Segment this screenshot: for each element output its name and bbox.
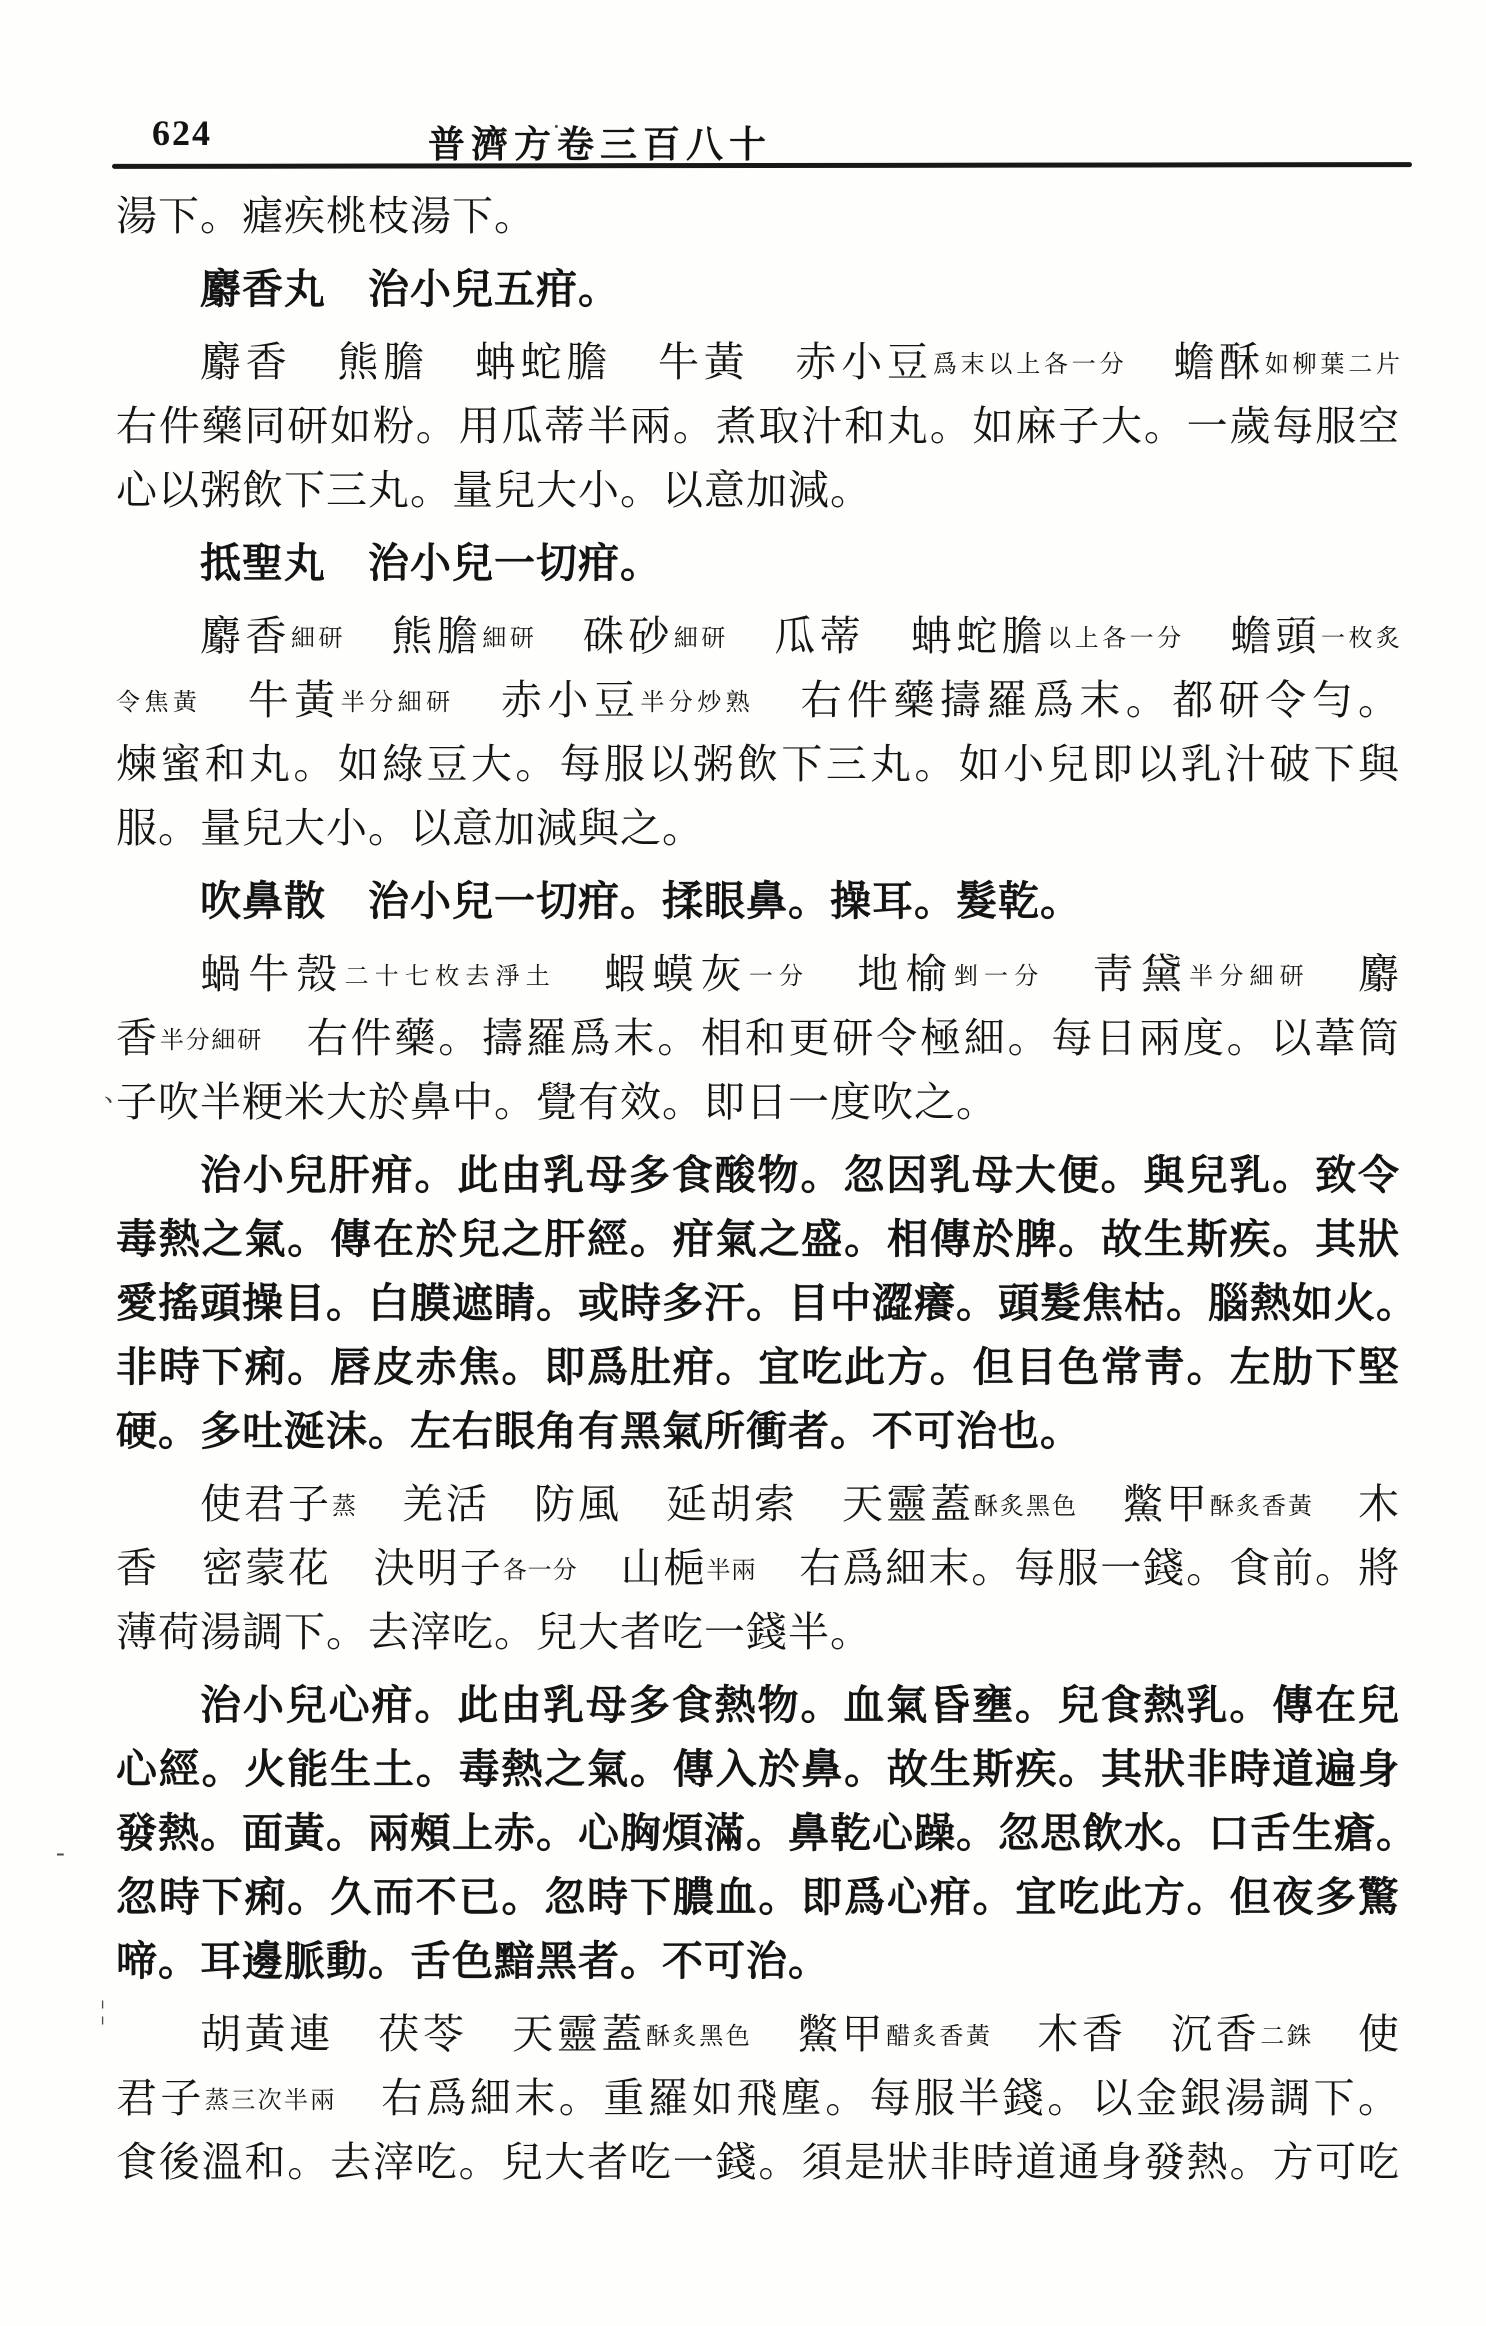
header-rule [112,162,1412,169]
line-dosage-2: 服。量兒大小。以意加減與之。 [116,796,1400,860]
text-segment: 治小兒心疳。此由乳母多食熱物。血氣昏壅。兒食熱乳。傳在兒 [200,1682,1400,1728]
heading-disheng-wan: 抵聖丸 治小兒一切疳。 [116,531,1400,595]
text-segment: 硬。多吐涎沫。左右眼角有黑氣所衝者。不可治也。 [116,1408,1082,1454]
text-segment: 地榆 [809,951,954,997]
text-segment: 麝香丸 治小兒五疳。 [200,266,620,312]
text-segment: 使 [1313,2011,1400,2057]
annotation-segment: 二銖 [1260,2024,1313,2050]
text-segment: 鱉甲 [1078,1481,1210,1527]
text-segment: 右件藥。擣羅爲末。相和更研令極細。每日兩度。以葦筒 [263,1015,1400,1061]
line-preparation-2: 煉蜜和丸。如綠豆大。每服以粥飲下三丸。如小兒即以乳汁破下與 [116,732,1400,796]
text-segment: 山梔 [578,1545,707,1591]
text-segment: 煉蜜和丸。如綠豆大。每服以粥飲下三丸。如小兒即以乳汁破下與 [116,741,1400,787]
annotation-segment: 半分細研 [1189,964,1310,990]
text-segment: 木香 沉香 [993,2011,1261,2057]
para-xingan-1: 治小兒心疳。此由乳母多食熱物。血氣昏壅。兒食熱乳。傳在兒 [116,1673,1400,1737]
line-usage: 子吹半粳米大於鼻中。覺有效。即日一度吹之。 [116,1070,1400,1134]
text-segment: 赤小豆 [455,677,641,723]
annotation-segment: 一枚炙 [1321,626,1400,652]
text-segment: 愛搖頭操目。白膜遮睛。或時多汗。目中澀癢。頭髮焦枯。腦熱如火。 [116,1280,1418,1326]
text-segment: 羌活 防風 延胡索 天靈蓋 [358,1481,974,1527]
annotation-segment: 細研 [482,626,537,652]
ingredients-shijunzi-2: 香 密蒙花 決明子各一分 山梔半兩 右爲細末。每服一錢。食前。將 [116,1536,1400,1600]
line-usage-2: 薄荷湯調下。去滓吃。兒大者吃一錢半。 [116,1600,1400,1664]
text-segment: 服。量兒大小。以意加減與之。 [116,805,704,851]
text-segment: 硃砂 [537,613,673,659]
heading-shexiang-wan: 麝香丸 治小兒五疳。 [116,257,1400,321]
ingredients-huhuanglian: 胡黃連 茯苓 天靈蓋酥炙黑色 鱉甲醋炙香黃 木香 沉香二銖 使 [116,2002,1400,2066]
scan-artifact: 、 [104,1072,130,1109]
text-segment: 心以粥飲下三丸。量兒大小。以意加減。 [116,467,872,513]
text-segment: 麝香 [200,613,291,659]
annotation-segment: 各一分 [503,1558,578,1584]
text-segment: 湯下。瘧疾桃枝湯下。 [116,193,536,239]
text-segment: 非時下痢。唇皮赤焦。即爲肚疳。宜吃此方。但目色常靑。左肋下堅 [116,1344,1400,1390]
annotation-segment: 半分細研 [160,1028,263,1054]
scan-artifact: · [552,112,561,142]
text-segment: 麝香 熊膽 蚺蛇膽 牛黃 赤小豆 [200,339,933,385]
para-gangan-4: 非時下痢。唇皮赤焦。即爲肚疳。宜吃此方。但目色常靑。左肋下堅 [116,1335,1400,1399]
text-segment: 香 [116,1015,160,1061]
ingredients-shijunzi: 使君子蒸 羌活 防風 延胡索 天靈蓋酥炙黑色 鱉甲酥炙香黃 木 [116,1472,1400,1536]
annotation-segment: 酥炙黑色 [646,2024,752,2050]
text-segment: 蟾頭 [1185,613,1321,659]
text-segment: 發熱。面黃。兩頰上赤。心胸煩滿。鼻乾心躁。忽思飲水。口舌生瘡。 [116,1810,1418,1856]
para-xingan-2: 心經。火能生土。毒熱之氣。傳入於鼻。故生斯疾。其狀非時道遍身 [116,1737,1400,1801]
ingredients-huhuanglian-2: 君子蒸三次半兩 右爲細末。重羅如飛塵。每服半錢。以金銀湯調下。 [116,2066,1400,2130]
para-xingan-5: 啼。耳邊脈動。舌色黯黑者。不可治。 [116,1929,1400,1993]
text-segment: 蝸牛殼 [200,951,345,997]
text-segment: 毒熱之氣。傳在於兒之肝經。疳氣之盛。相傳於脾。故生斯疾。其狀 [116,1216,1400,1262]
text-segment: 右爲細末。每服一錢。食前。將 [756,1545,1400,1591]
text-segment: 君子 [116,2075,205,2121]
text-segment: 靑黛 [1044,951,1189,997]
scanned-page: 624 普濟方卷三百八十 湯下。瘧疾桃枝湯下。麝香丸 治小兒五疳。麝香 熊膽 蚺… [0,0,1486,2326]
para-xingan-3: 發熱。面黃。兩頰上赤。心胸煩滿。鼻乾心躁。忽思飲水。口舌生瘡。 [116,1801,1400,1865]
annotation-segment: 酥炙香黃 [1210,1494,1314,1520]
text-segment: 心經。火能生土。毒熱之氣。傳入於鼻。故生斯疾。其狀非時道遍身 [116,1746,1400,1792]
annotation-segment: 細研 [674,626,729,652]
text-segment: 右爲細末。重羅如飛塵。每服半錢。以金銀湯調下。 [337,2075,1400,2121]
ingredients-chuibi-san: 蝸牛殼二十七枚去淨土 蝦蟆灰一分 地榆剉一分 靑黛半分細研 麝 [116,942,1400,1006]
ingredients-disheng-wan: 麝香細研 熊膽細研 硃砂細研 瓜蒂 蚺蛇膽以上各一分 蟾頭一枚炙 [116,604,1400,668]
line-usage-3: 食後溫和。去滓吃。兒大者吃一錢。須是狀非時道通身發熱。方可吃 [116,2130,1400,2194]
scan-artifact: ‐ [56,1838,65,1868]
text-segment: 胡黃連 茯苓 天靈蓋 [200,2011,646,2057]
annotation-segment: 半兩 [707,1558,757,1584]
text-segment: 右件藥同研如粉。用瓜蒂半兩。煮取汁和丸。如麻子大。一歲每服空 [116,403,1400,449]
annotation-segment: 爲末以上各一分 [933,352,1128,378]
scan-artifact: ¦ [100,1996,105,2026]
annotation-segment: 令焦黃 [116,690,201,716]
text-segment: 食後溫和。去滓吃。兒大者吃一錢。須是狀非時道通身發熱。方可吃 [116,2139,1400,2185]
annotation-segment: 半分細研 [341,690,455,716]
ingredients-disheng-wan-2: 令焦黃 牛黃半分細研 赤小豆半分炒熟 右件藥擣羅爲末。都研令勻。 [116,668,1400,732]
ingredients-chuibi-san-2: 香半分細研 右件藥。擣羅爲末。相和更研令極細。每日兩度。以葦筒 [116,1006,1400,1070]
text-segment: 木 [1314,1481,1400,1527]
text-segment: 治小兒肝疳。此由乳母多食酸物。忽因乳母大便。與兒乳。致令 [200,1152,1400,1198]
annotation-segment: 剉一分 [954,964,1045,990]
para-gangan-2: 毒熱之氣。傳在於兒之肝經。疳氣之盛。相傳於脾。故生斯疾。其狀 [116,1207,1400,1271]
annotation-segment: 以上各一分 [1047,626,1184,652]
text-segment: 鱉甲 [752,2011,886,2057]
text-segment: 抵聖丸 治小兒一切疳。 [200,540,662,586]
page-header: 624 普濟方卷三百八十 [0,112,1486,156]
text-segment: 使君子 [200,1481,332,1527]
heading-chuibi-san: 吹鼻散 治小兒一切疳。揉眼鼻。操耳。髮乾。 [116,869,1400,933]
annotation-segment: 一分 [749,964,809,990]
text-segment: 熊膽 [346,613,482,659]
annotation-segment: 酥炙黑色 [974,1494,1078,1520]
para-gangan-3: 愛搖頭操目。白膜遮睛。或時多汗。目中澀癢。頭髮焦枯。腦熱如火。 [116,1271,1400,1335]
text-segment: 牛黃 [201,677,340,723]
annotation-segment: 細研 [291,626,346,652]
text-segment: 啼。耳邊脈動。舌色黯黑者。不可治。 [116,1938,830,1984]
text-segment: 子吹半粳米大於鼻中。覺有效。即日一度吹之。 [116,1079,998,1125]
line-preparation: 右件藥同研如粉。用瓜蒂半兩。煮取汁和丸。如麻子大。一歲每服空 [116,394,1400,458]
line-tangxia: 湯下。瘧疾桃枝湯下。 [116,184,1400,248]
annotation-segment: 醋炙香黃 [886,2024,992,2050]
page-number: 624 [152,112,212,154]
text-segment: 吹鼻散 治小兒一切疳。揉眼鼻。操耳。髮乾。 [200,878,1082,924]
ingredients-shexiang-wan: 麝香 熊膽 蚺蛇膽 牛黃 赤小豆爲末以上各一分 蟾酥如柳葉二片 [116,330,1400,394]
line-dosage: 心以粥飲下三丸。量兒大小。以意加減。 [116,458,1400,522]
para-xingan-4: 忽時下痢。久而不已。忽時下膿血。即爲心疳。宜吃此方。但夜多驚 [116,1865,1400,1929]
text-segment: 麝 [1310,951,1400,997]
text-segment: 薄荷湯調下。去滓吃。兒大者吃一錢半。 [116,1609,872,1655]
annotation-segment: 二十七枚去淨土 [345,964,556,990]
para-gangan-5: 硬。多吐涎沫。左右眼角有黑氣所衝者。不可治也。 [116,1399,1400,1463]
annotation-segment: 半分炒熟 [640,690,754,716]
annotation-segment: 蒸 [332,1494,358,1520]
text-segment: 香 密蒙花 決明子 [116,1545,503,1591]
scan-artifact: 丶 [112,1280,138,1317]
body-text: 湯下。瘧疾桃枝湯下。麝香丸 治小兒五疳。麝香 熊膽 蚺蛇膽 牛黃 赤小豆爲末以上… [116,184,1400,2194]
annotation-segment: 蒸三次半兩 [205,2088,337,2114]
page-header-title: 普濟方卷三百八十 [428,114,772,168]
text-segment: 瓜蒂 蚺蛇膽 [729,613,1047,659]
annotation-segment: 如柳葉二片 [1265,352,1400,378]
text-segment: 蝦蟆灰 [556,951,749,997]
para-gangan-1: 治小兒肝疳。此由乳母多食酸物。忽因乳母大便。與兒乳。致令 [116,1143,1400,1207]
text-segment: 忽時下痢。久而不已。忽時下膿血。即爲心疳。宜吃此方。但夜多驚 [116,1874,1400,1920]
text-segment: 蟾酥 [1127,339,1264,385]
text-segment: 右件藥擣羅爲末。都研令勻。 [754,677,1400,723]
